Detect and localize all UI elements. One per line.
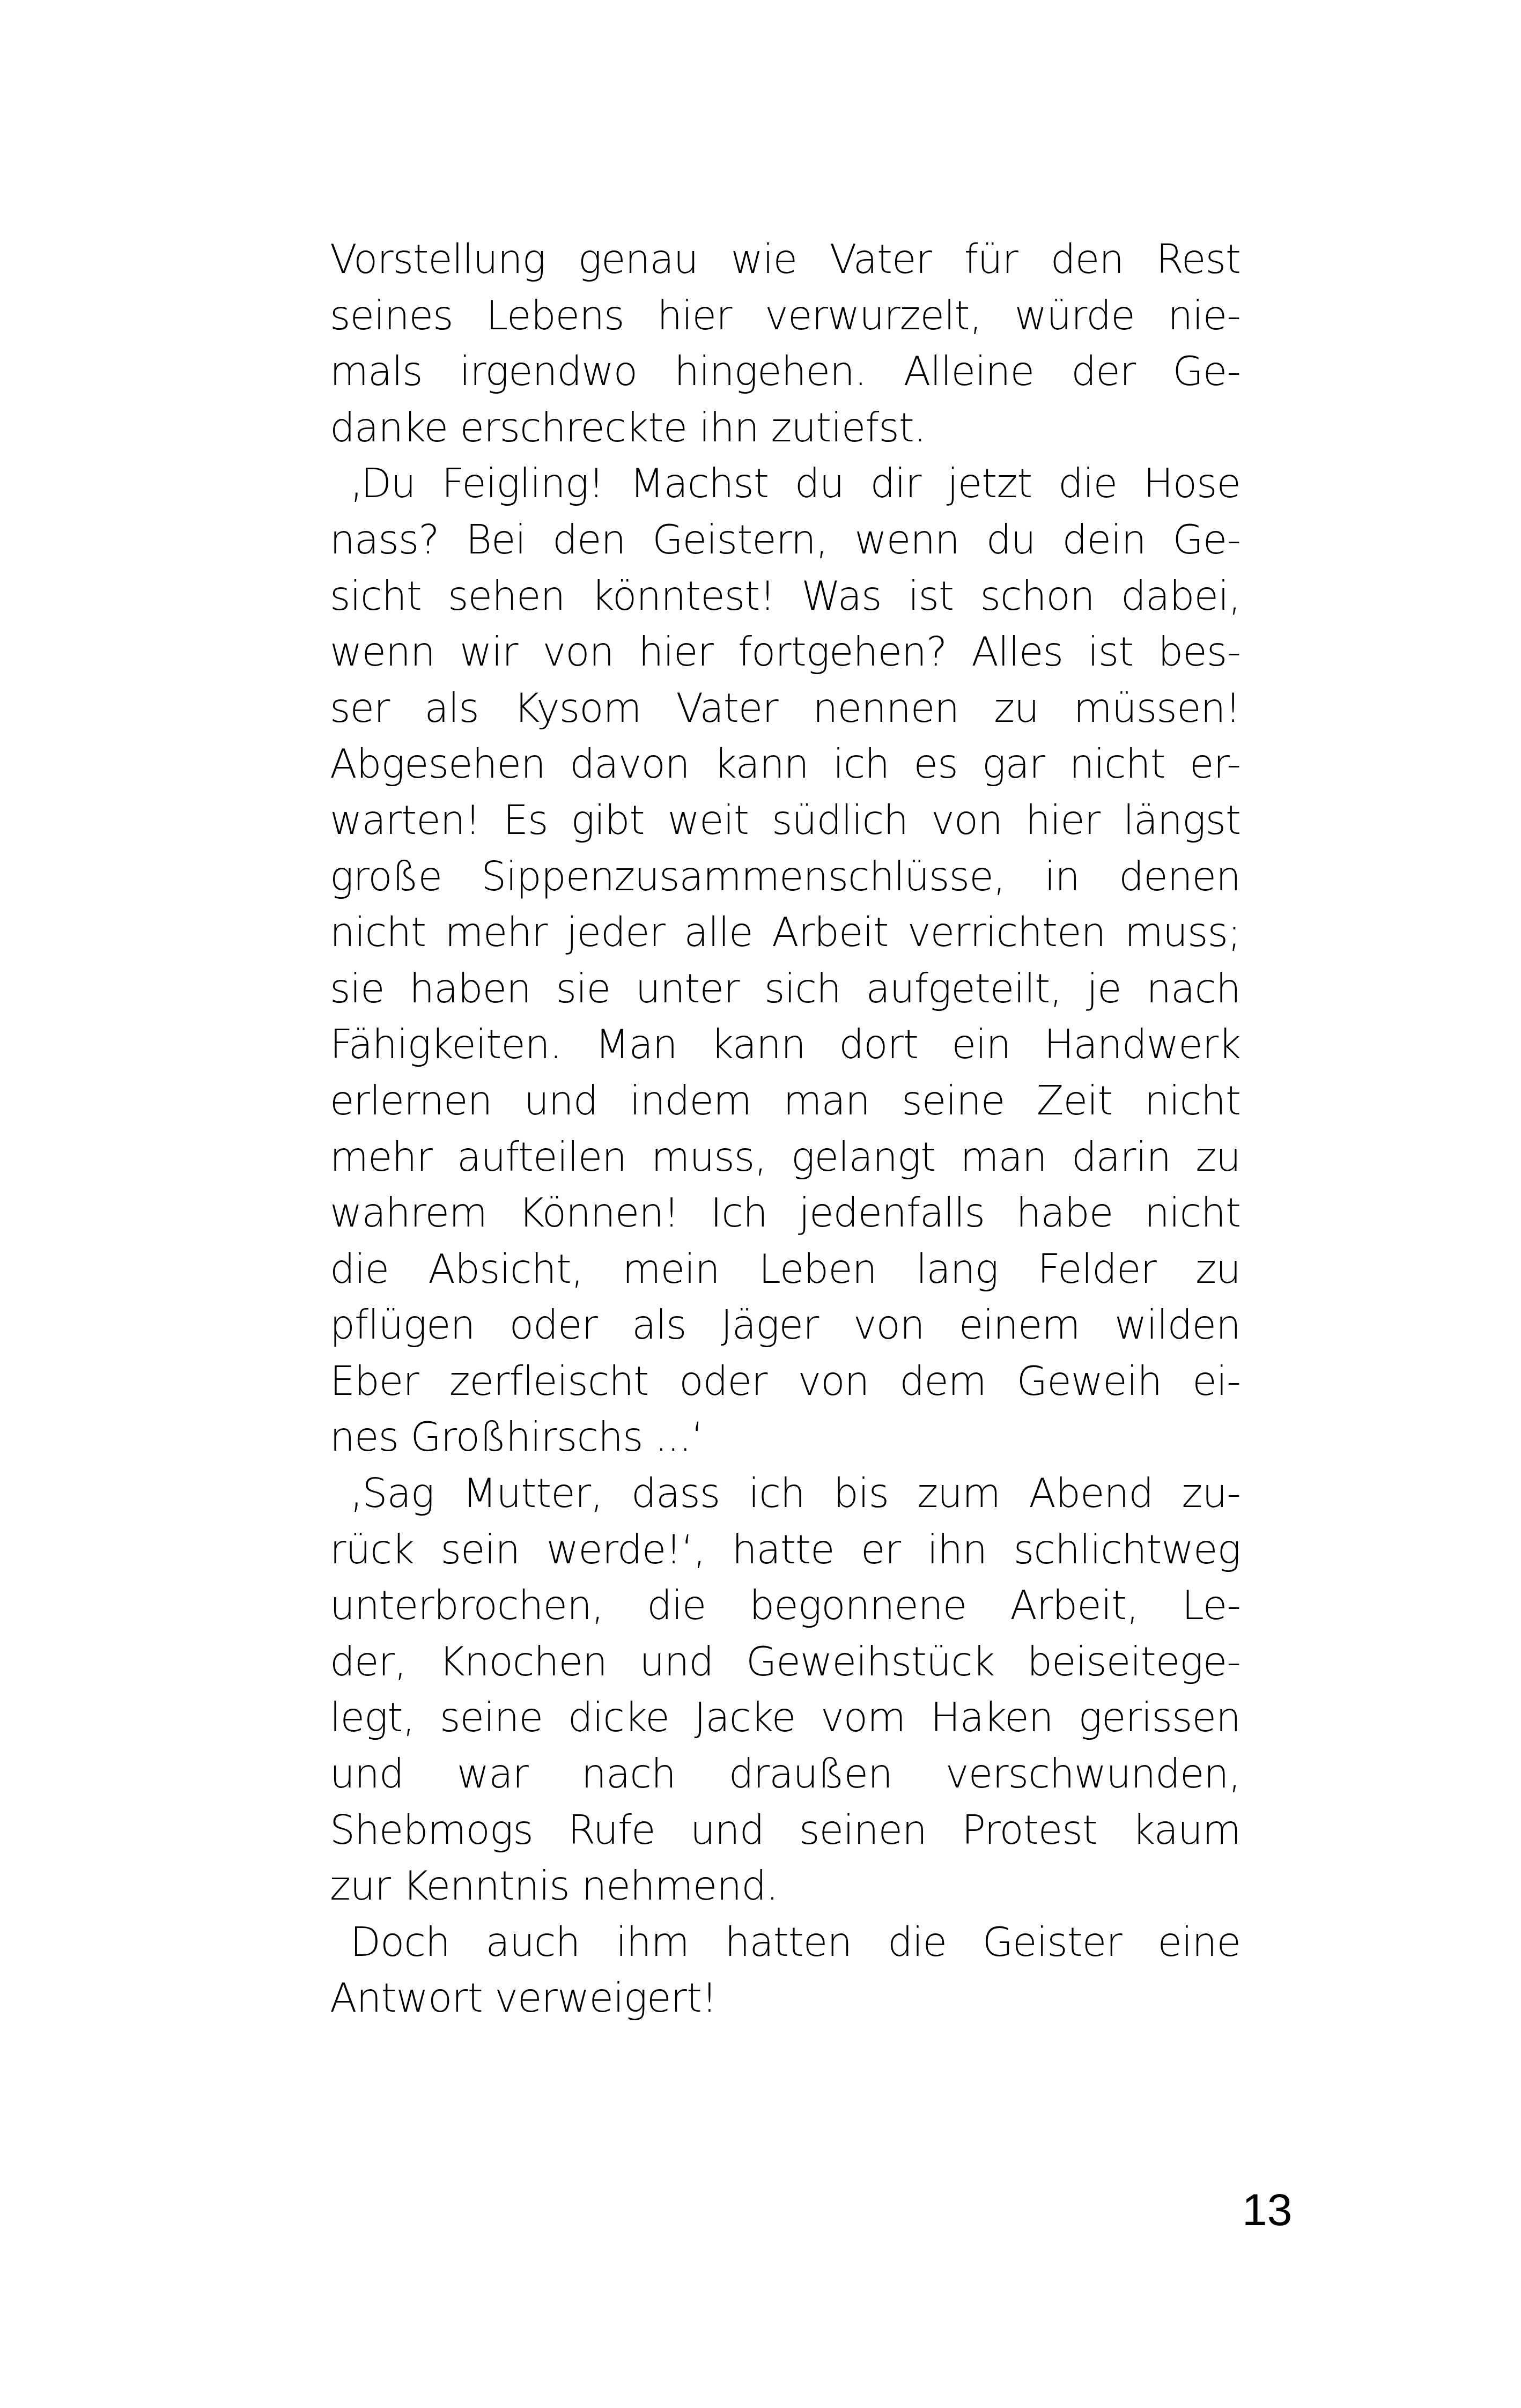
- text-line: ‚Sag Mutter, dass ich bis zum Abend zu-: [330, 1466, 1241, 1522]
- paragraph-2: ‚Du Feigling! Machst du dir jetzt die Ho…: [330, 456, 1241, 1466]
- text-line: unterbrochen, die begonnene Arbeit, Le-: [330, 1578, 1241, 1634]
- text-line: seines Lebens hier verwurzelt, würde nie…: [330, 288, 1241, 344]
- text-line: die Absicht, mein Leben lang Felder zu: [330, 1242, 1241, 1298]
- text-line: pflügen oder als Jäger von einem wilden: [330, 1297, 1241, 1354]
- text-line: zur Kenntnis nehmend.: [330, 1858, 1241, 1915]
- text-line: Fähigkeiten. Man kann dort ein Handwerk: [330, 1017, 1241, 1073]
- text-line: sicht sehen könntest! Was ist schon dabe…: [330, 568, 1241, 625]
- text-line: der, Knochen und Geweihstück beiseitege-: [330, 1634, 1241, 1690]
- text-line: rück sein werde!‘, hatte er ihn schlicht…: [330, 1522, 1241, 1578]
- text-line: Eber zerfleischt oder von dem Geweih ei-: [330, 1354, 1241, 1410]
- text-line: ‚Du Feigling! Machst du dir jetzt die Ho…: [330, 456, 1241, 512]
- text-line: mals irgendwo hingehen. Alleine der Ge-: [330, 344, 1241, 400]
- page-number: 13: [1242, 2187, 1292, 2232]
- book-page: Vorstellung genau wie Vater für den Rest…: [0, 0, 1521, 2408]
- text-line: Doch auch ihm hatten die Geister eine: [330, 1915, 1241, 1971]
- text-line: nicht mehr jeder alle Arbeit verrichten …: [330, 905, 1241, 961]
- text-line: große Sippenzusammenschlüsse, in denen: [330, 849, 1241, 905]
- text-line: wahrem Können! Ich jedenfalls habe nicht: [330, 1185, 1241, 1242]
- text-line: wenn wir von hier fortgehen? Alles ist b…: [330, 624, 1241, 681]
- paragraph-1: Vorstellung genau wie Vater für den Rest…: [330, 232, 1241, 456]
- text-line: Abgesehen davon kann ich es gar nicht er…: [330, 736, 1241, 793]
- text-line: sie haben sie unter sich aufgeteilt, je …: [330, 961, 1241, 1017]
- text-line: danke erschreckte ihn zutiefst.: [330, 400, 1241, 456]
- paragraph-4: Doch auch ihm hatten die Geister eine An…: [330, 1915, 1241, 2027]
- text-line: und war nach draußen verschwunden,: [330, 1746, 1241, 1803]
- text-line: ser als Kysom Vater nennen zu müssen!: [330, 681, 1241, 737]
- text-line: Antwort verweigert!: [330, 1970, 1241, 2027]
- text-line: nes Großhirschs ...‘: [330, 1409, 1241, 1466]
- text-line: warten! Es gibt weit südlich von hier lä…: [330, 793, 1241, 849]
- paragraph-3: ‚Sag Mutter, dass ich bis zum Abend zu- …: [330, 1466, 1241, 1915]
- body-text: Vorstellung genau wie Vater für den Rest…: [330, 232, 1241, 2027]
- text-line: legt, seine dicke Jacke vom Haken geriss…: [330, 1690, 1241, 1746]
- text-line: mehr aufteilen muss, gelangt man darin z…: [330, 1129, 1241, 1186]
- text-line: erlernen und indem man seine Zeit nicht: [330, 1073, 1241, 1129]
- text-line: Vorstellung genau wie Vater für den Rest: [330, 232, 1241, 288]
- text-line: Shebmogs Rufe und seinen Protest kaum: [330, 1803, 1241, 1859]
- text-line: nass? Bei den Geistern, wenn du dein Ge-: [330, 512, 1241, 568]
